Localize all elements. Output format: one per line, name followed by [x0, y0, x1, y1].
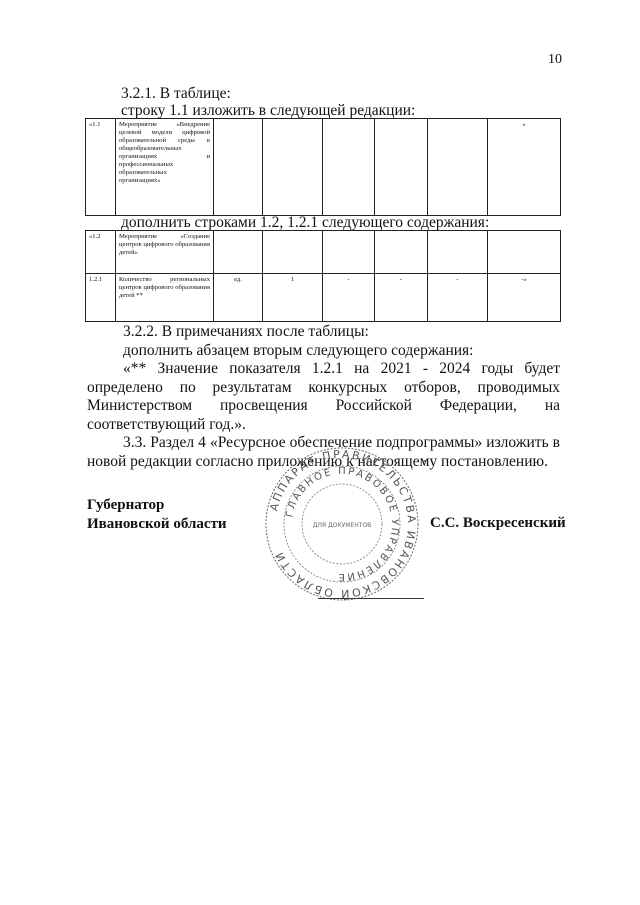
signatory-title-line-1: Губернатор [87, 496, 227, 515]
cell [375, 231, 428, 274]
value-cell: - [375, 274, 428, 322]
cell [375, 119, 428, 216]
svg-text:ДЛЯ ДОКУМЕНТОВ: ДЛЯ ДОКУМЕНТОВ [313, 522, 372, 529]
row-name: Мероприятие «Внедрение целевой модели ци… [116, 119, 214, 216]
table-rows-1-2: «1.2 Мероприятие «Создание центров цифро… [85, 230, 561, 322]
section-3-2-1-heading: 3.2.1. В таблице: [121, 85, 231, 103]
cell [488, 231, 561, 274]
unit-cell: ед. [214, 274, 263, 322]
value-cell: - [428, 274, 488, 322]
section-3-2-2-note: «** Значение показателя 1.2.1 на 2021 - … [87, 360, 560, 434]
table-row: «1.2 Мероприятие «Создание центров цифро… [86, 231, 561, 274]
table-row: «1.1 Мероприятие «Внедрение целевой моде… [86, 119, 561, 216]
cell [428, 119, 488, 216]
page-number: 10 [548, 52, 562, 68]
cell [263, 119, 323, 216]
section-3-2-2-heading: 3.2.2. В примечаниях после таблицы: [87, 323, 560, 342]
value-cell: -» [488, 274, 561, 322]
signatory-title: Губернатор Ивановской области [87, 496, 227, 534]
table-row-1-1: «1.1 Мероприятие «Внедрение целевой моде… [85, 118, 561, 216]
section-3-2-2-instruction: дополнить абзацем вторым следующего соде… [87, 342, 560, 361]
signatory-name: С.С. Воскресенский [430, 515, 566, 532]
value-cell: 1 [263, 274, 323, 322]
cell [323, 231, 375, 274]
official-stamp-icon: АППАРАТ ПРАВИТЕЛЬСТВА ИВАНОВСКОЙ ОБЛАСТИ… [262, 447, 422, 602]
cell [263, 231, 323, 274]
cell [323, 119, 375, 216]
cell: » [488, 119, 561, 216]
cell [428, 231, 488, 274]
row-number: «1.2 [86, 231, 116, 274]
row-name: Мероприятие «Создание центров цифрового … [116, 231, 214, 274]
value-cell: - [323, 274, 375, 322]
row-number: «1.1 [86, 119, 116, 216]
signatory-title-line-2: Ивановской области [87, 515, 227, 534]
row-number: 1.2.1 [86, 274, 116, 322]
signature-line [318, 598, 424, 599]
table-row: 1.2.1 Количество региональных центров ци… [86, 274, 561, 322]
cell [214, 231, 263, 274]
row-name: Количество региональных центров цифровог… [116, 274, 214, 322]
cell [214, 119, 263, 216]
mark-dot [424, 460, 426, 462]
